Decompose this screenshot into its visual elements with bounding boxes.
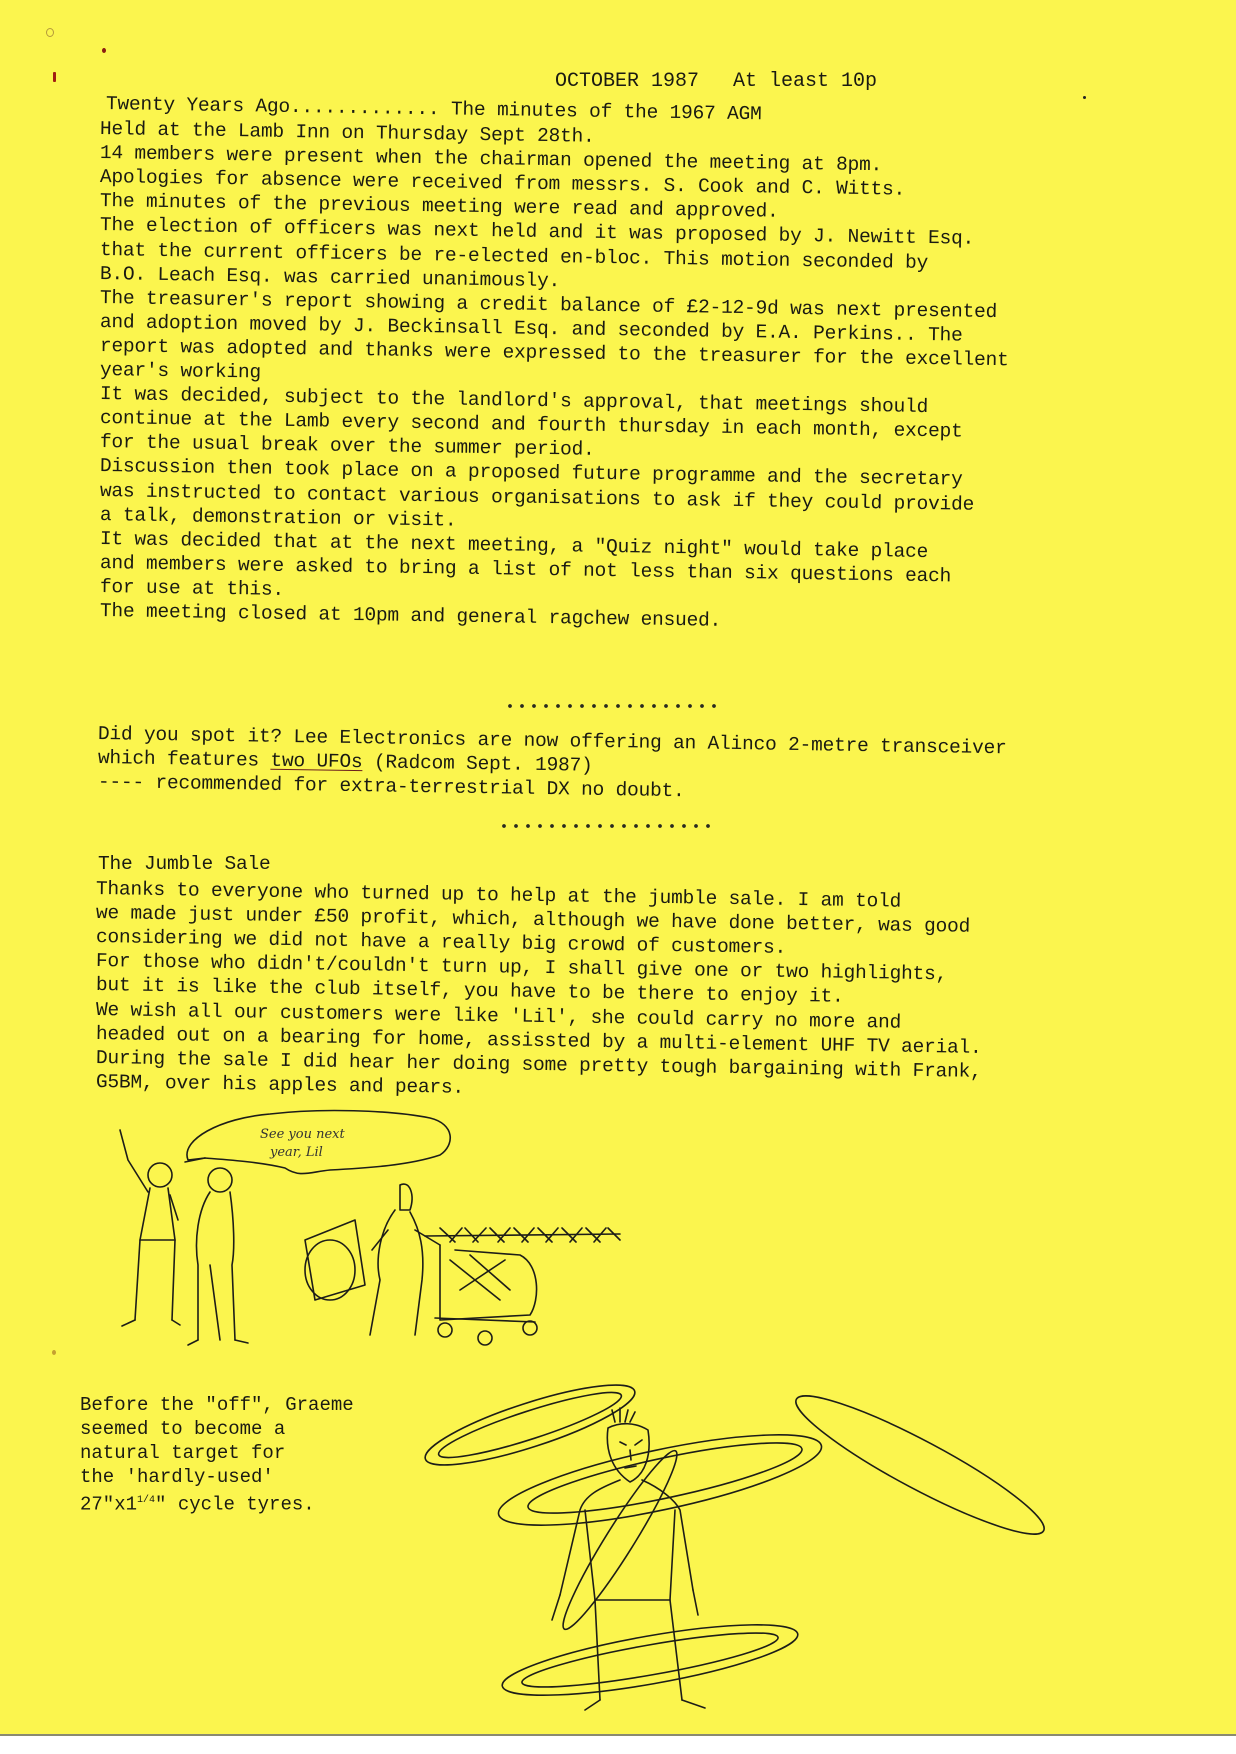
speech-text: See you next — [260, 1127, 345, 1142]
paper-speck — [102, 48, 106, 53]
caption-line: Before the "off", Graeme — [80, 1393, 354, 1417]
paper-speck — [46, 28, 54, 37]
caption-line: seemed to become a — [80, 1417, 354, 1441]
issue-date: OCTOBER 1987 — [555, 70, 699, 93]
graeme-tyres-cartoon — [420, 1370, 1236, 1740]
underlined-ufos: two UFOs — [270, 750, 362, 773]
lil-figure — [370, 1184, 440, 1335]
tyre-flying-right — [785, 1378, 1055, 1552]
text: " cycle tyres. — [155, 1493, 315, 1515]
shopping-trolley-sketch — [435, 1245, 537, 1345]
dot-divider — [504, 703, 720, 709]
tyre-at-feet — [498, 1610, 802, 1709]
text-line: year's working — [100, 358, 261, 385]
paper-speck — [52, 1350, 56, 1355]
section-title: The Jumble Sale — [98, 852, 271, 876]
caption-line: 27"x11/4" cycle tyres. — [80, 1489, 354, 1516]
text-line: G5BM, over his apples and pears. — [96, 1070, 464, 1100]
ufo-note-line: ---- recommended for extra-terrestrial D… — [98, 770, 685, 803]
issue-header: OCTOBER 1987At least 10p — [555, 70, 911, 93]
graeme-figure — [552, 1408, 705, 1710]
newsletter-page: OCTOBER 1987At least 10p Twenty Years Ag… — [0, 0, 1236, 1736]
text: 27"x1 — [80, 1493, 137, 1515]
caption-line: the 'hardly-used' — [80, 1465, 354, 1489]
uhf-aerial-sketch — [425, 1228, 620, 1242]
paper-speck — [53, 72, 56, 82]
speech-text: year, Lil — [269, 1145, 323, 1160]
caption-line: natural target for — [80, 1441, 354, 1465]
graeme-caption: Before the "off", Graemeseemed to become… — [80, 1393, 354, 1516]
caption-lines: Before the "off", Graemeseemed to become… — [80, 1393, 354, 1489]
speech-bubble — [187, 1111, 450, 1174]
text-line: for use at this. — [100, 575, 284, 602]
jumble-sale-cartoon: See you next year, Lil — [110, 1100, 640, 1360]
dot-divider — [498, 823, 714, 829]
text: which features — [98, 747, 271, 772]
text-line: The meeting closed at 10pm and general r… — [100, 599, 721, 633]
man-standing-figure — [188, 1168, 248, 1345]
fraction: 1/4 — [137, 1495, 155, 1506]
price: At least 10p — [733, 70, 877, 93]
man-waving-figure — [120, 1130, 180, 1326]
tyre-flying-left — [420, 1370, 641, 1480]
bucket-sketch — [305, 1220, 365, 1300]
paper-speck — [1083, 96, 1086, 99]
text: (Radcom Sept. 1987) — [362, 751, 592, 777]
